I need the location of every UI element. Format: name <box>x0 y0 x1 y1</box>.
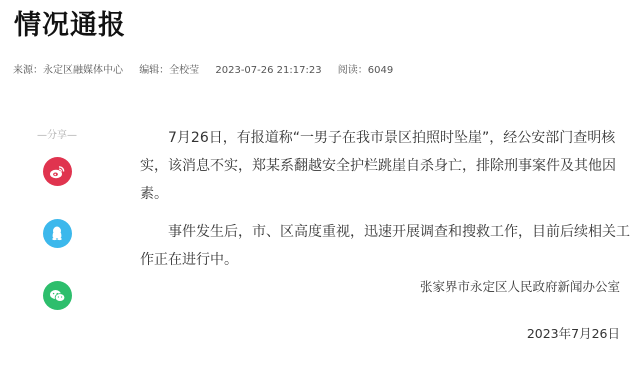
signature-date: 2023年7月26日 <box>527 324 620 342</box>
weibo-icon <box>49 165 65 179</box>
share-wechat-button[interactable] <box>43 281 72 310</box>
share-label: —分享— <box>30 126 84 141</box>
source-label: 来源：永定区融媒体中心 <box>13 65 123 76</box>
read-count: 阅读：6049 <box>338 65 393 76</box>
share-panel: —分享— <box>30 126 84 343</box>
editor-label: 编辑：全校莹 <box>139 65 199 76</box>
page-title: 情况通报 <box>14 8 126 44</box>
signature: 张家界市永定区人民政府新闻办公室 <box>420 277 620 295</box>
paragraph: 事件发生后，市、区高度重视，迅速开展调查和搜救工作，目前后续相关工作正在进行中。 <box>140 218 630 274</box>
article-meta: 来源：永定区融媒体中心 编辑：全校莹 2023-07-26 21:17:23 阅… <box>13 61 406 76</box>
qq-icon <box>51 226 63 241</box>
share-weibo-button[interactable] <box>43 157 72 186</box>
share-qq-button[interactable] <box>43 219 72 248</box>
publish-datetime: 2023-07-26 21:17:23 <box>215 65 321 76</box>
article-body: 7月26日，有报道称“一男子在我市景区拍照时坠崖”，经公安部门查明核实，该消息不… <box>140 124 630 284</box>
paragraph: 7月26日，有报道称“一男子在我市景区拍照时坠崖”，经公安部门查明核实，该消息不… <box>140 124 630 208</box>
wechat-icon <box>49 289 66 303</box>
